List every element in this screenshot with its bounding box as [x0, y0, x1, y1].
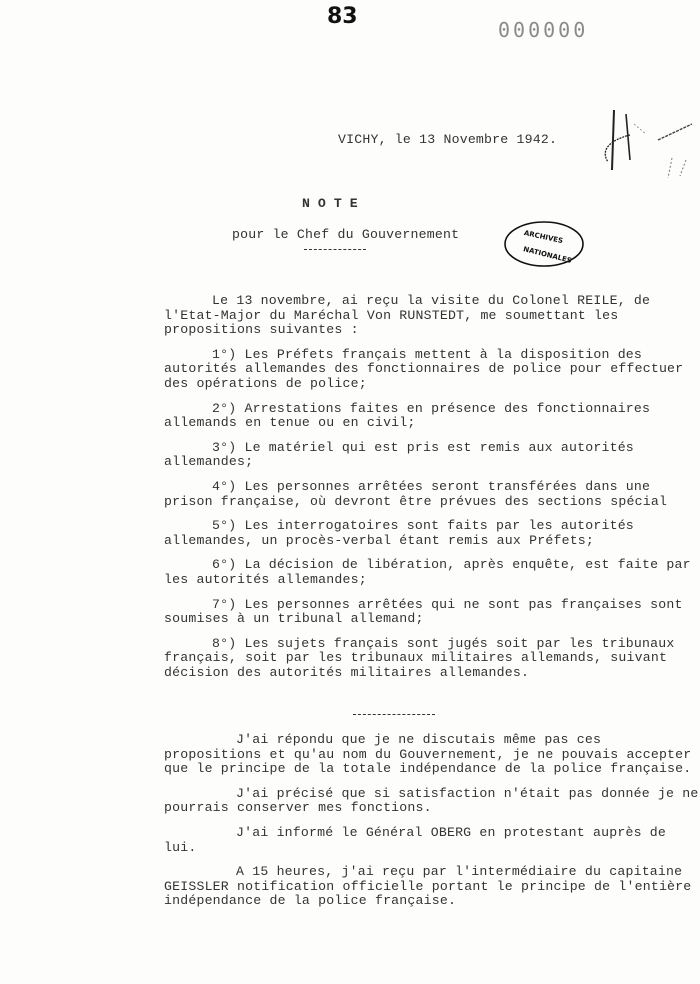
- response-3: J'ai informé le Général OBERG en protest…: [164, 826, 700, 855]
- proposition-6: 6°) La décision de libération, après enq…: [164, 558, 700, 587]
- document-title: NOTE: [302, 196, 366, 211]
- proposition-3: 3°) Le matériel qui est pris est remis a…: [164, 441, 700, 470]
- subtitle-prefix: pour le: [232, 227, 297, 242]
- place-date: VICHY, le 13 Novembre 1942.: [338, 132, 557, 147]
- document-page: 83 000000 VICHY, le 13 Novembre 1942. NO…: [0, 0, 700, 984]
- stamp-bottom-text: NATIONALES: [522, 245, 572, 265]
- proposition-8: 8°) Les sujets français sont jugés soit …: [164, 637, 700, 681]
- note-body: Le 13 novembre, ai reçu la visite du Col…: [164, 294, 700, 690]
- proposition-1: 1°) Les Préfets français mettent à la di…: [164, 348, 700, 392]
- stamp-top-text: ARCHIVES: [523, 229, 563, 245]
- section-separator: [353, 714, 435, 715]
- intro-paragraph: Le 13 novembre, ai reçu la visite du Col…: [164, 294, 700, 338]
- proposition-7: 7°) Les personnes arrêtées qui ne sont p…: [164, 598, 700, 627]
- proposition-4: 4°) Les personnes arrêtées seront transf…: [164, 480, 700, 509]
- proposition-5: 5°) Les interrogatoires sont faits par l…: [164, 519, 700, 548]
- folio-number: 83: [327, 4, 358, 29]
- document-subtitle: pour le Chef du Gouvernement: [232, 227, 459, 242]
- response-body: J'ai répondu que je ne discutais même pa…: [164, 733, 700, 919]
- response-2: J'ai précisé que si satisfaction n'était…: [164, 787, 700, 816]
- archive-number: 000000: [498, 18, 588, 42]
- response-4: A 15 heures, j'ai reçu par l'intermédiai…: [164, 865, 700, 909]
- response-1: J'ai répondu que je ne discutais même pa…: [164, 733, 700, 777]
- proposition-2: 2°) Arrestations faites en présence des …: [164, 402, 700, 431]
- subtitle-underline: [304, 249, 366, 250]
- handwritten-annotation-icon: [600, 100, 700, 180]
- subtitle-addressee: Chef du Gouvernement: [297, 227, 459, 242]
- archives-nationales-stamp-icon: ARCHIVES NATIONALES: [503, 219, 585, 269]
